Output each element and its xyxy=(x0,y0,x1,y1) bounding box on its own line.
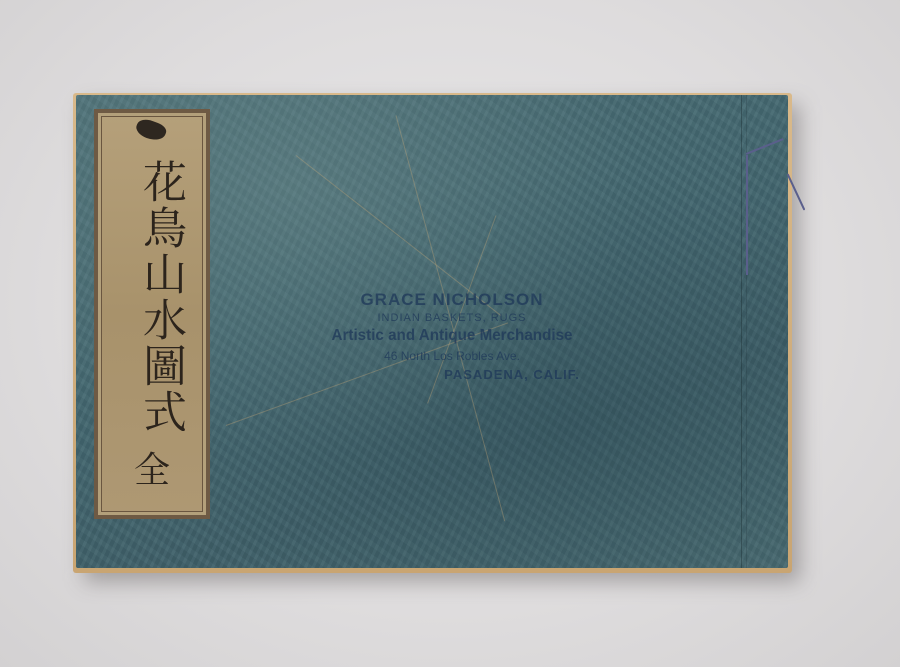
volume-mark: 全 xyxy=(98,442,206,493)
book-title: 花鳥山水圖式 xyxy=(122,127,182,467)
binding-thread xyxy=(746,138,784,155)
title-label: 花鳥山水圖式 全 xyxy=(94,109,210,519)
stamp-line-4: 46 North Los Robles Ave. xyxy=(302,349,602,363)
binding-thread xyxy=(746,155,748,275)
spine-fold xyxy=(741,95,742,568)
stamp-line-2: INDIAN BASKETS, RUGS xyxy=(302,312,602,324)
stamp-line-1: GRACE NICHOLSON xyxy=(302,290,602,310)
stamp-line-5: PASADENA, CALIF. xyxy=(302,367,602,382)
book: 花鳥山水圖式 全 GRACE NICHOLSON INDIAN BASKETS,… xyxy=(73,93,792,573)
book-cover: 花鳥山水圖式 全 GRACE NICHOLSON INDIAN BASKETS,… xyxy=(76,95,788,568)
stamp-line-3: Artistic and Antique Merchandise xyxy=(310,327,595,345)
dealer-stamp: GRACE NICHOLSON INDIAN BASKETS, RUGS Art… xyxy=(302,290,602,382)
